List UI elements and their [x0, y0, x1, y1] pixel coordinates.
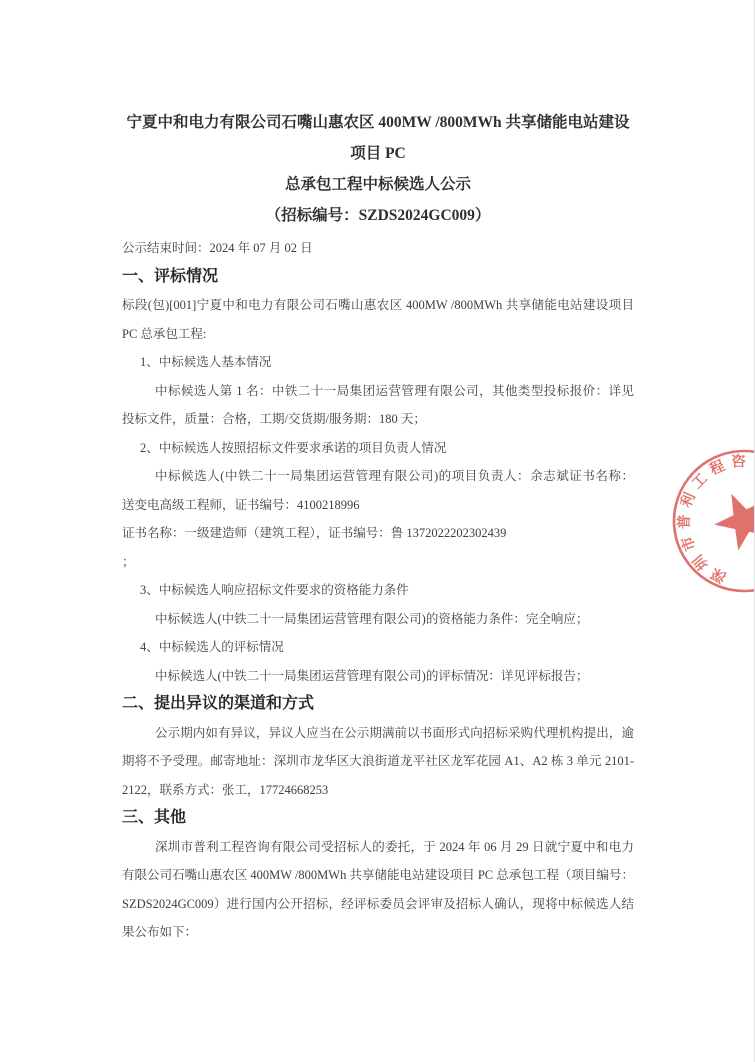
publicity-end-time: 公示结束时间：2024 年 07 月 02 日 [122, 234, 634, 263]
other-line-3: SZDS2024GC009）进行国内公开招标，经评标委员会评审及招标人确认，现将… [122, 890, 634, 919]
seal-star-icon [705, 482, 755, 555]
objection-line-2: 期将不予受理。邮寄地址：深圳市龙华区大浪街道龙平社区龙军花园 A1、A2 栋 3… [122, 747, 634, 776]
item-2-heading: 2、中标候选人按照招标文件要求承诺的项目负责人情况 [122, 434, 634, 463]
lot-description-line-1: 标段(包)[001]宁夏中和电力有限公司石嘴山惠农区 400MW /800MWh… [122, 291, 634, 320]
other-line-1: 深圳市普利工程咨询有限公司受招标人的委托，于 2024 年 06 月 29 日就… [122, 833, 634, 862]
project-manager-line-2: 送变电高级工程师，证书编号：4100218996 [122, 491, 634, 520]
item-3-heading: 3、中标候选人响应招标文件要求的资格能力条件 [122, 576, 634, 605]
document-body: 公示结束时间：2024 年 07 月 02 日 一、评标情况 标段(包)[001… [122, 234, 634, 947]
title-line-3-tender-number: （招标编号：SZDS2024GC009） [122, 200, 634, 231]
lot-description-line-2: PC 总承包工程: [122, 320, 634, 349]
other-line-2: 有限公司石嘴山惠农区 400MW /800MWh 共享储能电站建设项目 PC 总… [122, 861, 634, 890]
objection-line-3: 2122，联系方式：张工，17724668253 [122, 776, 634, 805]
company-seal: 深圳市普利工程咨询有限公司 44030 [659, 436, 755, 606]
section-evaluation-heading: 一、评标情况 [122, 263, 634, 292]
project-manager-line-1: 中标候选人(中铁二十一局集团运营管理有限公司)的项目负责人：余志斌证书名称： [122, 462, 634, 491]
title-line-2: 总承包工程中标候选人公示 [122, 169, 634, 200]
section-objection-heading: 二、提出异议的渠道和方式 [122, 690, 634, 719]
section-other-heading: 三、其他 [122, 804, 634, 833]
company-seal-graphic: 深圳市普利工程咨询有限公司 44030 [659, 436, 755, 606]
certificate-line: 证书名称：一级建造师（建筑工程），证书编号：鲁 1372022202302439 [122, 519, 634, 548]
document-title: 宁夏中和电力有限公司石嘴山惠农区 400MW /800MWh 共享储能电站建设项… [122, 107, 634, 231]
candidate-info-line-1: 中标候选人第 1 名：中铁二十一局集团运营管理有限公司，其他类型投标报价：详见 [122, 377, 634, 406]
candidate-info-line-2: 投标文件，质量：合格，工期/交货期/服务期：180 天； [122, 405, 634, 434]
semicolon-line: ； [122, 548, 634, 577]
objection-line-1: 公示期内如有异议，异议人应当在公示期满前以书面形式向招标采购代理机构提出，逾 [122, 719, 634, 748]
title-line-1: 宁夏中和电力有限公司石嘴山惠农区 400MW /800MWh 共享储能电站建设项… [122, 107, 634, 169]
item-1-heading: 1、中标候选人基本情况 [122, 348, 634, 377]
document-page: 宁夏中和电力有限公司石嘴山惠农区 400MW /800MWh 共享储能电站建设项… [0, 0, 755, 1062]
item-4-heading: 4、中标候选人的评标情况 [122, 633, 634, 662]
qualification-line: 中标候选人(中铁二十一局集团运营管理有限公司)的资格能力条件：完全响应； [122, 605, 634, 634]
evaluation-result-line: 中标候选人(中铁二十一局集团运营管理有限公司)的评标情况：详见评标报告； [122, 662, 634, 691]
other-line-4: 果公布如下： [122, 918, 634, 947]
